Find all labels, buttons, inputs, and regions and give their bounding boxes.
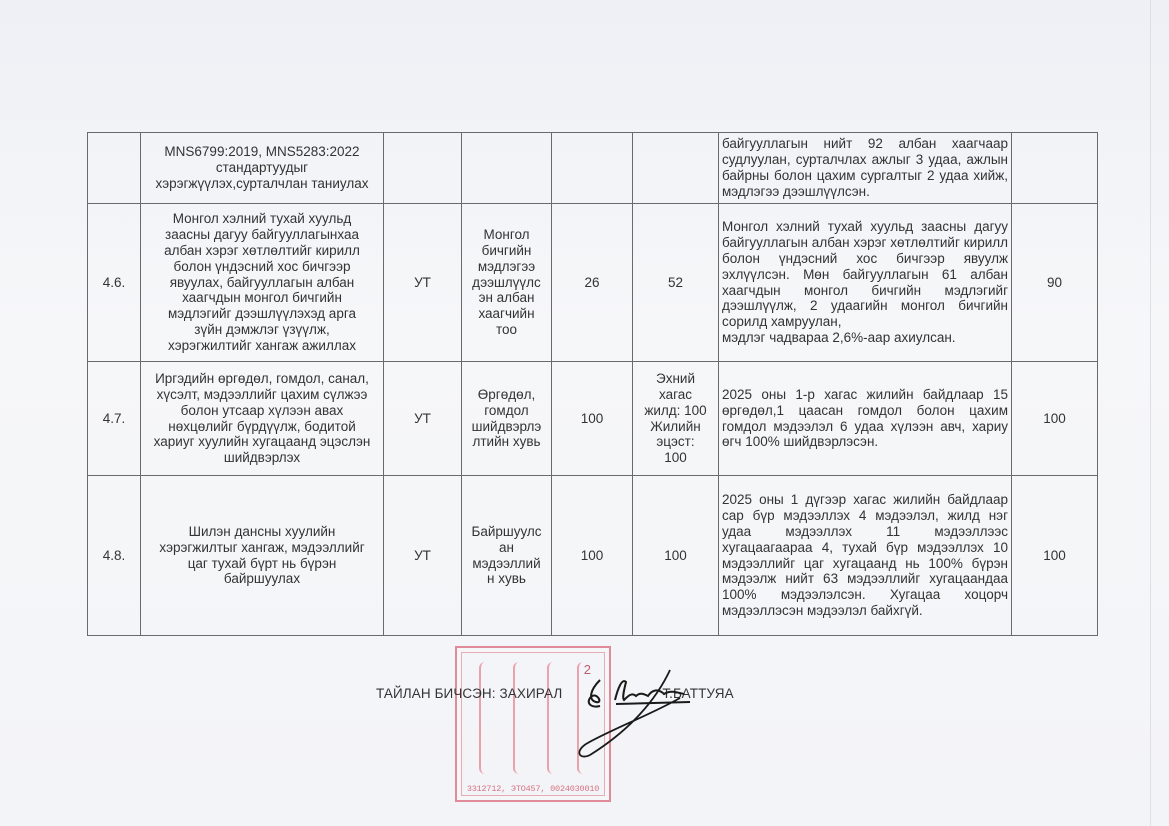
baseline-cell: 26 <box>552 204 633 362</box>
indicator-cell-line: хаагчийн <box>465 306 548 322</box>
row-number-cell: 4.8. <box>88 476 141 636</box>
task-cell-line: явуулах, байгууллагын албан <box>144 275 380 291</box>
task-cell-line: хэрэгжилтийг хангаж ажиллах <box>144 338 380 354</box>
indicator-cell-line: лтийн хувь <box>465 434 548 450</box>
target-cell-line: хагас <box>636 387 715 403</box>
indicator-cell-line: Монгол <box>465 227 548 243</box>
indicator-cell-line: тоо <box>465 322 548 338</box>
row-number-cell: 4.6. <box>88 204 141 362</box>
target-cell-line: жилд: 100 <box>636 403 715 419</box>
result-text-tail: мэдлэг чадвараа 2,6%-аар ахиулсан. <box>722 330 1008 346</box>
indicator-cell-line: гомдол <box>465 403 548 419</box>
baseline-cell: 100 <box>552 476 633 636</box>
task-cell-line: Монгол хэлний тухай хуульд <box>144 211 380 227</box>
target-cell-line: Эхний <box>636 371 715 387</box>
stamp-registration-number: 3312712, ЭТО457, 0024030010 <box>459 784 607 794</box>
indicator-cell-line: дээшлүүлс <box>465 275 548 291</box>
indicator-cell-line: Өргөдөл, <box>465 387 548 403</box>
target-cell <box>633 133 719 204</box>
row-number-cell <box>88 133 141 204</box>
report-table: MNS6799:2019, MNS5283:2022стандартуудыгх… <box>87 132 1098 636</box>
row-number-cell: 4.7. <box>88 362 141 476</box>
task-cell-line: стандартуудыг <box>144 160 380 176</box>
task-cell-line: заасны дагуу байгууллагынхаа <box>144 227 380 243</box>
result-text: байгууллагын нийт 92 албан хаагчаар судл… <box>722 136 1008 199</box>
task-cell-line: болон үндэсний хос бичгээр <box>144 259 380 275</box>
task-cell: Монгол хэлний тухай хуульдзаасны дагуу б… <box>141 204 384 362</box>
result-text: 2025 оны 1 дүгээр хагас жилийн байдлаар … <box>722 492 1008 618</box>
task-cell-line: цаг тухай бүрт нь бүрэн <box>144 556 380 572</box>
task-cell-line: албан хэрэг хөтлөлтийг кирилл <box>144 243 380 259</box>
table-row: 4.6.Монгол хэлний тухай хуульдзаасны даг… <box>88 204 1098 362</box>
task-cell-line: хариуг хуулийн хугацаанд эцэслэн <box>144 434 380 450</box>
indicator-cell-line: шийдвэрлэ <box>465 419 548 435</box>
task-cell: Иргэдийн өргөдөл, гомдол, санал,хүсэлт, … <box>141 362 384 476</box>
target-cell: 52 <box>633 204 719 362</box>
result-cell: байгууллагын нийт 92 албан хаагчаар судл… <box>719 133 1012 204</box>
score-cell <box>1012 133 1098 204</box>
indicator-cell <box>462 133 552 204</box>
scan-edge <box>1150 0 1151 826</box>
task-cell-line: шийдвэрлэх <box>144 450 380 466</box>
score-cell: 90 <box>1012 204 1098 362</box>
responsible-cell: УТ <box>384 362 462 476</box>
signature-prefix: ТАЙЛАН БИЧСЭН: ЗАХИРАЛ <box>376 686 562 701</box>
result-cell: 2025 оны 1-р хагас жилийн байдлаар 15 өр… <box>719 362 1012 476</box>
table-row: MNS6799:2019, MNS5283:2022стандартуудыгх… <box>88 133 1098 204</box>
target-cell-line: 100 <box>636 548 715 564</box>
baseline-cell <box>552 133 633 204</box>
task-cell-line: хүсэлт, мэдээллийг цахим сүлжээ <box>144 387 380 403</box>
indicator-cell: Өргөдөл,гомдолшийдвэрлэлтийн хувь <box>462 362 552 476</box>
stamp-script-column <box>479 662 495 774</box>
target-cell: 100 <box>633 476 719 636</box>
target-cell-line: 52 <box>636 275 715 291</box>
task-cell-line: хэрэгжилтыг хангаж, мэдээллийг <box>144 540 380 556</box>
indicator-cell-line: бичгийн <box>465 243 548 259</box>
task-cell-line: нөхцөлийг бүрдүүлж, бодитой <box>144 419 380 435</box>
task-cell-line: мэдлэгийг дээшлүүлэхэд арга <box>144 306 380 322</box>
indicator-cell: Байршуулсанмэдээллийн хувь <box>462 476 552 636</box>
task-cell-line: хэрэгжүүлэх,сурталчлан таниулах <box>144 176 380 192</box>
task-cell-line: болон утсаар хүлээн авах <box>144 403 380 419</box>
task-cell-line: байршуулах <box>144 571 380 587</box>
stamp-script-column <box>513 662 529 774</box>
indicator-cell: Монголбичгийнмэдлэгээдээшлүүлсэн албанха… <box>462 204 552 362</box>
result-cell: Монгол хэлний тухай хуульд заасны дагуу … <box>719 204 1012 362</box>
responsible-cell <box>384 133 462 204</box>
task-cell-line: хаагчдын монгол бичгийн <box>144 290 380 306</box>
indicator-cell-line: Байршуулс <box>465 524 548 540</box>
target-cell: Эхнийхагасжилд: 100Жилийнэцэст:100 <box>633 362 719 476</box>
responsible-cell: УТ <box>384 476 462 636</box>
result-text: 2025 оны 1-р хагас жилийн байдлаар 15 өр… <box>722 387 1008 450</box>
indicator-cell-line: мэдээллий <box>465 556 548 572</box>
indicator-cell-line: н хувь <box>465 571 548 587</box>
indicator-cell-line: эн албан <box>465 290 548 306</box>
task-cell: Шилэн дансны хуулийнхэрэгжилтыг хангаж, … <box>141 476 384 636</box>
target-cell-line: Жилийн <box>636 419 715 435</box>
baseline-cell: 100 <box>552 362 633 476</box>
scanned-page: MNS6799:2019, MNS5283:2022стандартуудыгх… <box>0 0 1169 826</box>
responsible-cell: УТ <box>384 204 462 362</box>
task-cell-line: Шилэн дансны хуулийн <box>144 524 380 540</box>
score-cell: 100 <box>1012 362 1098 476</box>
indicator-cell-line: ан <box>465 540 548 556</box>
task-cell-line: Иргэдийн өргөдөл, гомдол, санал, <box>144 371 380 387</box>
result-text: Монгол хэлний тухай хуульд заасны дагуу … <box>722 219 1008 330</box>
result-cell: 2025 оны 1 дүгээр хагас жилийн байдлаар … <box>719 476 1012 636</box>
handwritten-signature <box>560 660 710 770</box>
task-cell: MNS6799:2019, MNS5283:2022стандартуудыгх… <box>141 133 384 204</box>
target-cell-line: 100 <box>636 450 715 466</box>
indicator-cell-line: мэдлэгээ <box>465 259 548 275</box>
score-cell: 100 <box>1012 476 1098 636</box>
task-cell-line: зүйн дэмжлэг үзүүлж, <box>144 322 380 338</box>
target-cell-line: эцэст: <box>636 434 715 450</box>
table-row: 4.7.Иргэдийн өргөдөл, гомдол, санал,хүсэ… <box>88 362 1098 476</box>
task-cell-line: MNS6799:2019, MNS5283:2022 <box>144 144 380 160</box>
table-row: 4.8.Шилэн дансны хуулийнхэрэгжилтыг ханг… <box>88 476 1098 636</box>
